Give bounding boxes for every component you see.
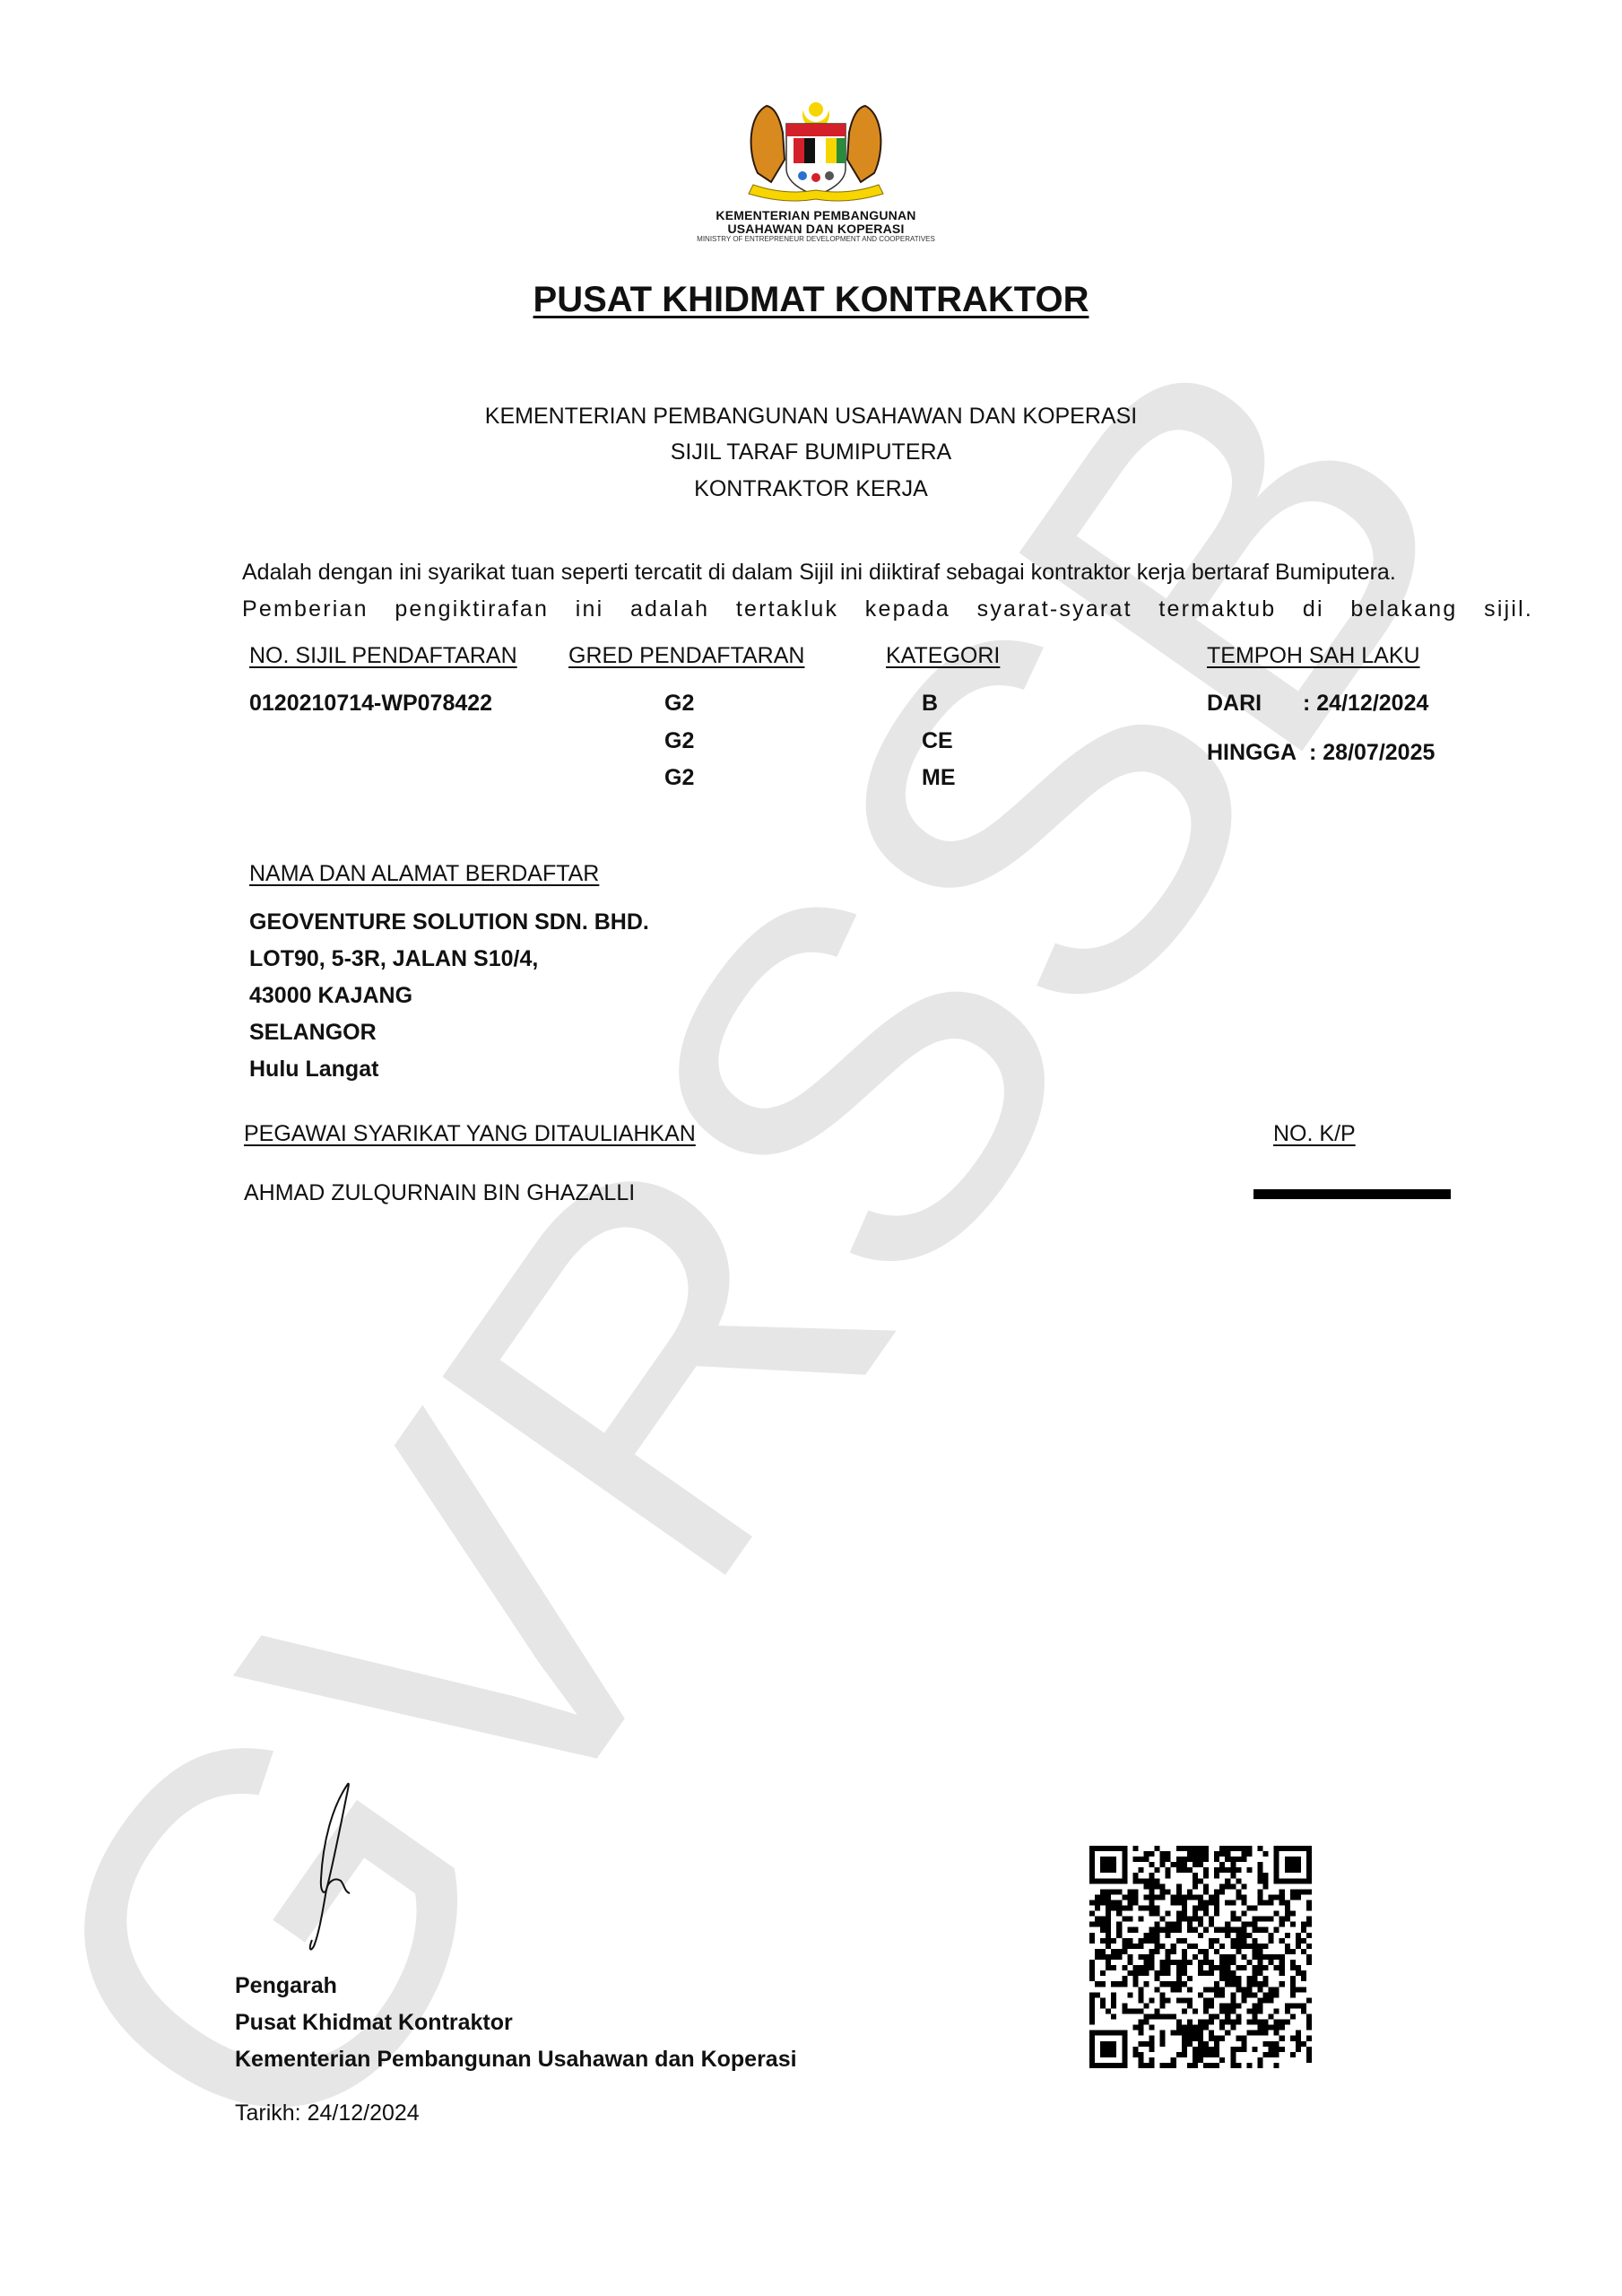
- validity-from-date: : 24/12/2024: [1303, 691, 1428, 717]
- grade-value: G2: [664, 691, 694, 717]
- ic-number-redacted: [REDACTED]: [1253, 1179, 1451, 1206]
- cert-no-value: 0120210714-WP078422: [249, 691, 492, 717]
- subheading-ministry: KEMENTERIAN PEMBANGUNAN USAHAWAN DAN KOP…: [0, 404, 1622, 430]
- page-title-text: PUSAT KHIDMAT KONTRAKTOR: [533, 280, 1089, 319]
- validity-to-label: HINGGA: [1207, 740, 1297, 766]
- ministry-name-line2: USAHAWAN DAN KOPERASI: [681, 222, 950, 236]
- validity-from-label: DARI: [1207, 691, 1262, 717]
- certificate-page: KEMENTERIAN PEMBANGUNAN USAHAWAN DAN KOP…: [0, 0, 1622, 2296]
- ministry-logo-text: KEMENTERIAN PEMBANGUNAN USAHAWAN DAN KOP…: [681, 209, 950, 244]
- grade-value: G2: [664, 728, 694, 754]
- company-address-line: SELANGOR: [249, 1020, 377, 1046]
- grade-header: GRED PENDAFTARAN: [568, 643, 804, 669]
- ic-header: NO. K/P: [1273, 1121, 1356, 1147]
- grade-value: G2: [664, 765, 694, 791]
- company-address-line: 43000 KAJANG: [249, 983, 412, 1009]
- validity-header: TEMPOH SAH LAKU: [1207, 643, 1420, 669]
- ministry-name-line1: KEMENTERIAN PEMBANGUNAN: [681, 209, 950, 222]
- officer-name: AHMAD ZULQURNAIN BIN GHAZALLI: [244, 1180, 635, 1206]
- officer-header: PEGAWAI SYARIKAT YANG DITAULIAHKAN: [244, 1121, 696, 1147]
- company-address-line: LOT90, 5-3R, JALAN S10/4,: [249, 946, 538, 972]
- signatory-title: Pengarah: [235, 1973, 337, 1999]
- category-value: ME: [922, 765, 956, 791]
- statement-line-1: Adalah dengan ini syarikat tuan seperti …: [242, 560, 1533, 586]
- page-title: PUSAT KHIDMAT KONTRAKTOR: [0, 280, 1622, 320]
- signatory-ministry: Kementerian Pembangunan Usahawan dan Kop…: [235, 2047, 797, 2073]
- redaction-bar: [1253, 1189, 1451, 1199]
- subheading-cert-type: SIJIL TARAF BUMIPUTERA: [0, 439, 1622, 465]
- statement-line-2: Pemberian pengiktirafan ini adalah terta…: [242, 596, 1533, 622]
- subheading-contractor-type: KONTRAKTOR KERJA: [0, 476, 1622, 502]
- category-value: CE: [922, 728, 953, 754]
- issue-date: Tarikh: 24/12/2024: [235, 2100, 420, 2126]
- category-header: KATEGORI: [886, 643, 1000, 669]
- company-name: GEOVENTURE SOLUTION SDN. BHD.: [249, 909, 649, 935]
- coat-of-arms-icon: [731, 97, 901, 204]
- category-value: B: [922, 691, 938, 717]
- signatory-org: Pusat Khidmat Kontraktor: [235, 2010, 513, 2036]
- company-header: NAMA DAN ALAMAT BERDAFTAR: [249, 861, 599, 887]
- qr-code-icon: [1089, 1846, 1312, 2068]
- company-address-line: Hulu Langat: [249, 1057, 378, 1083]
- validity-to-date: : 28/07/2025: [1309, 740, 1435, 766]
- signature-icon: [305, 1780, 421, 1960]
- ministry-name-english: MINISTRY OF ENTREPRENEUR DEVELOPMENT AND…: [681, 236, 950, 243]
- cert-no-header: NO. SIJIL PENDAFTARAN: [249, 643, 517, 669]
